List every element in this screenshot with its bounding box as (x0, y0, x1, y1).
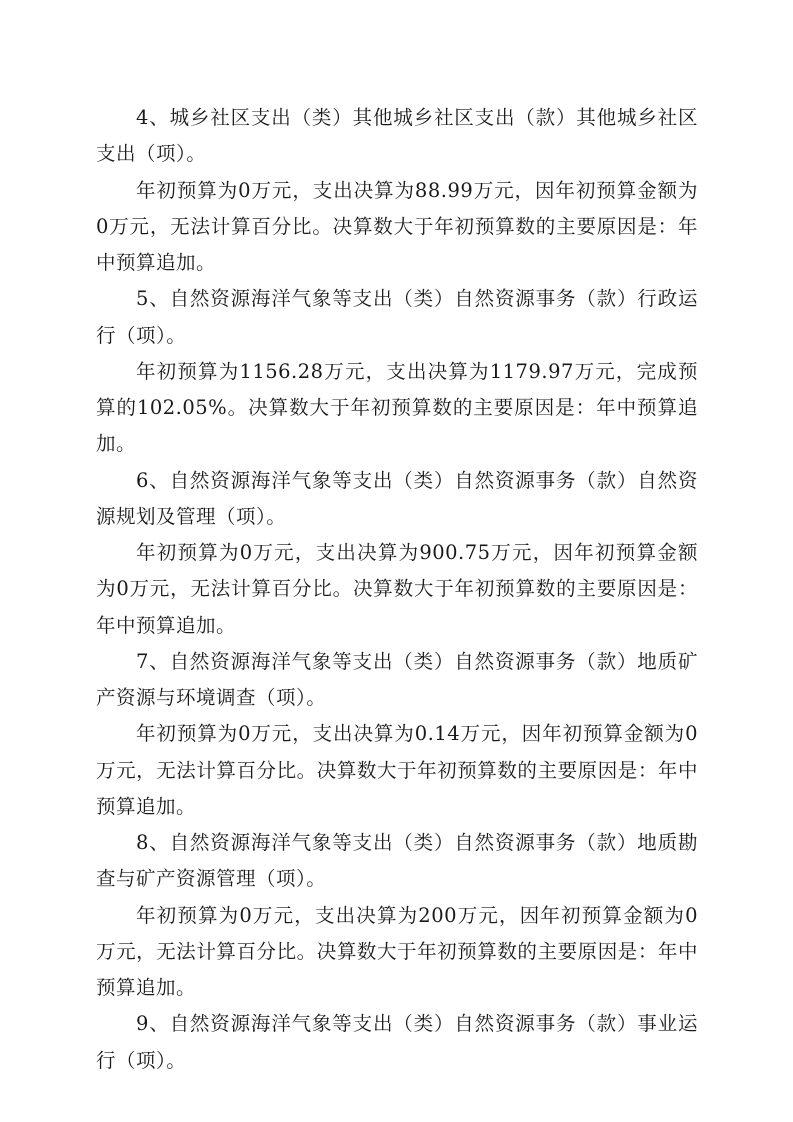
item-5-heading: 5、自然资源海洋气象等支出（类）自然资源事务（款）行政运行（项）。 (96, 281, 698, 354)
document-page: 4、城乡社区支出（类）其他城乡社区支出（款）其他城乡社区支出（项）。 年初预算为… (96, 100, 698, 1079)
item-9-heading: 9、自然资源海洋气象等支出（类）自然资源事务（款）事业运行（项）。 (96, 1006, 698, 1079)
item-7-body: 年初预算为0万元，支出决算为0.14万元，因年初预算金额为0万元，无法计算百分比… (96, 716, 698, 825)
item-8-heading: 8、自然资源海洋气象等支出（类）自然资源事务（款）地质勘查与矿产资源管理（项）。 (96, 825, 698, 898)
item-4-body: 年初预算为0万元，支出决算为88.99万元，因年初预算金额为0万元，无法计算百分… (96, 173, 698, 282)
item-6-body: 年初预算为0万元，支出决算为900.75万元，因年初预算金额为0万元，无法计算百… (96, 535, 698, 644)
item-8-body: 年初预算为0万元，支出决算为200万元，因年初预算金额为0万元，无法计算百分比。… (96, 898, 698, 1007)
item-5-body: 年初预算为1156.28万元，支出决算为1179.97万元，完成预算的102.0… (96, 354, 698, 463)
item-6-heading: 6、自然资源海洋气象等支出（类）自然资源事务（款）自然资源规划及管理（项）。 (96, 463, 698, 536)
item-7-heading: 7、自然资源海洋气象等支出（类）自然资源事务（款）地质矿产资源与环境调查（项）。 (96, 644, 698, 717)
item-4-heading: 4、城乡社区支出（类）其他城乡社区支出（款）其他城乡社区支出（项）。 (96, 100, 698, 173)
